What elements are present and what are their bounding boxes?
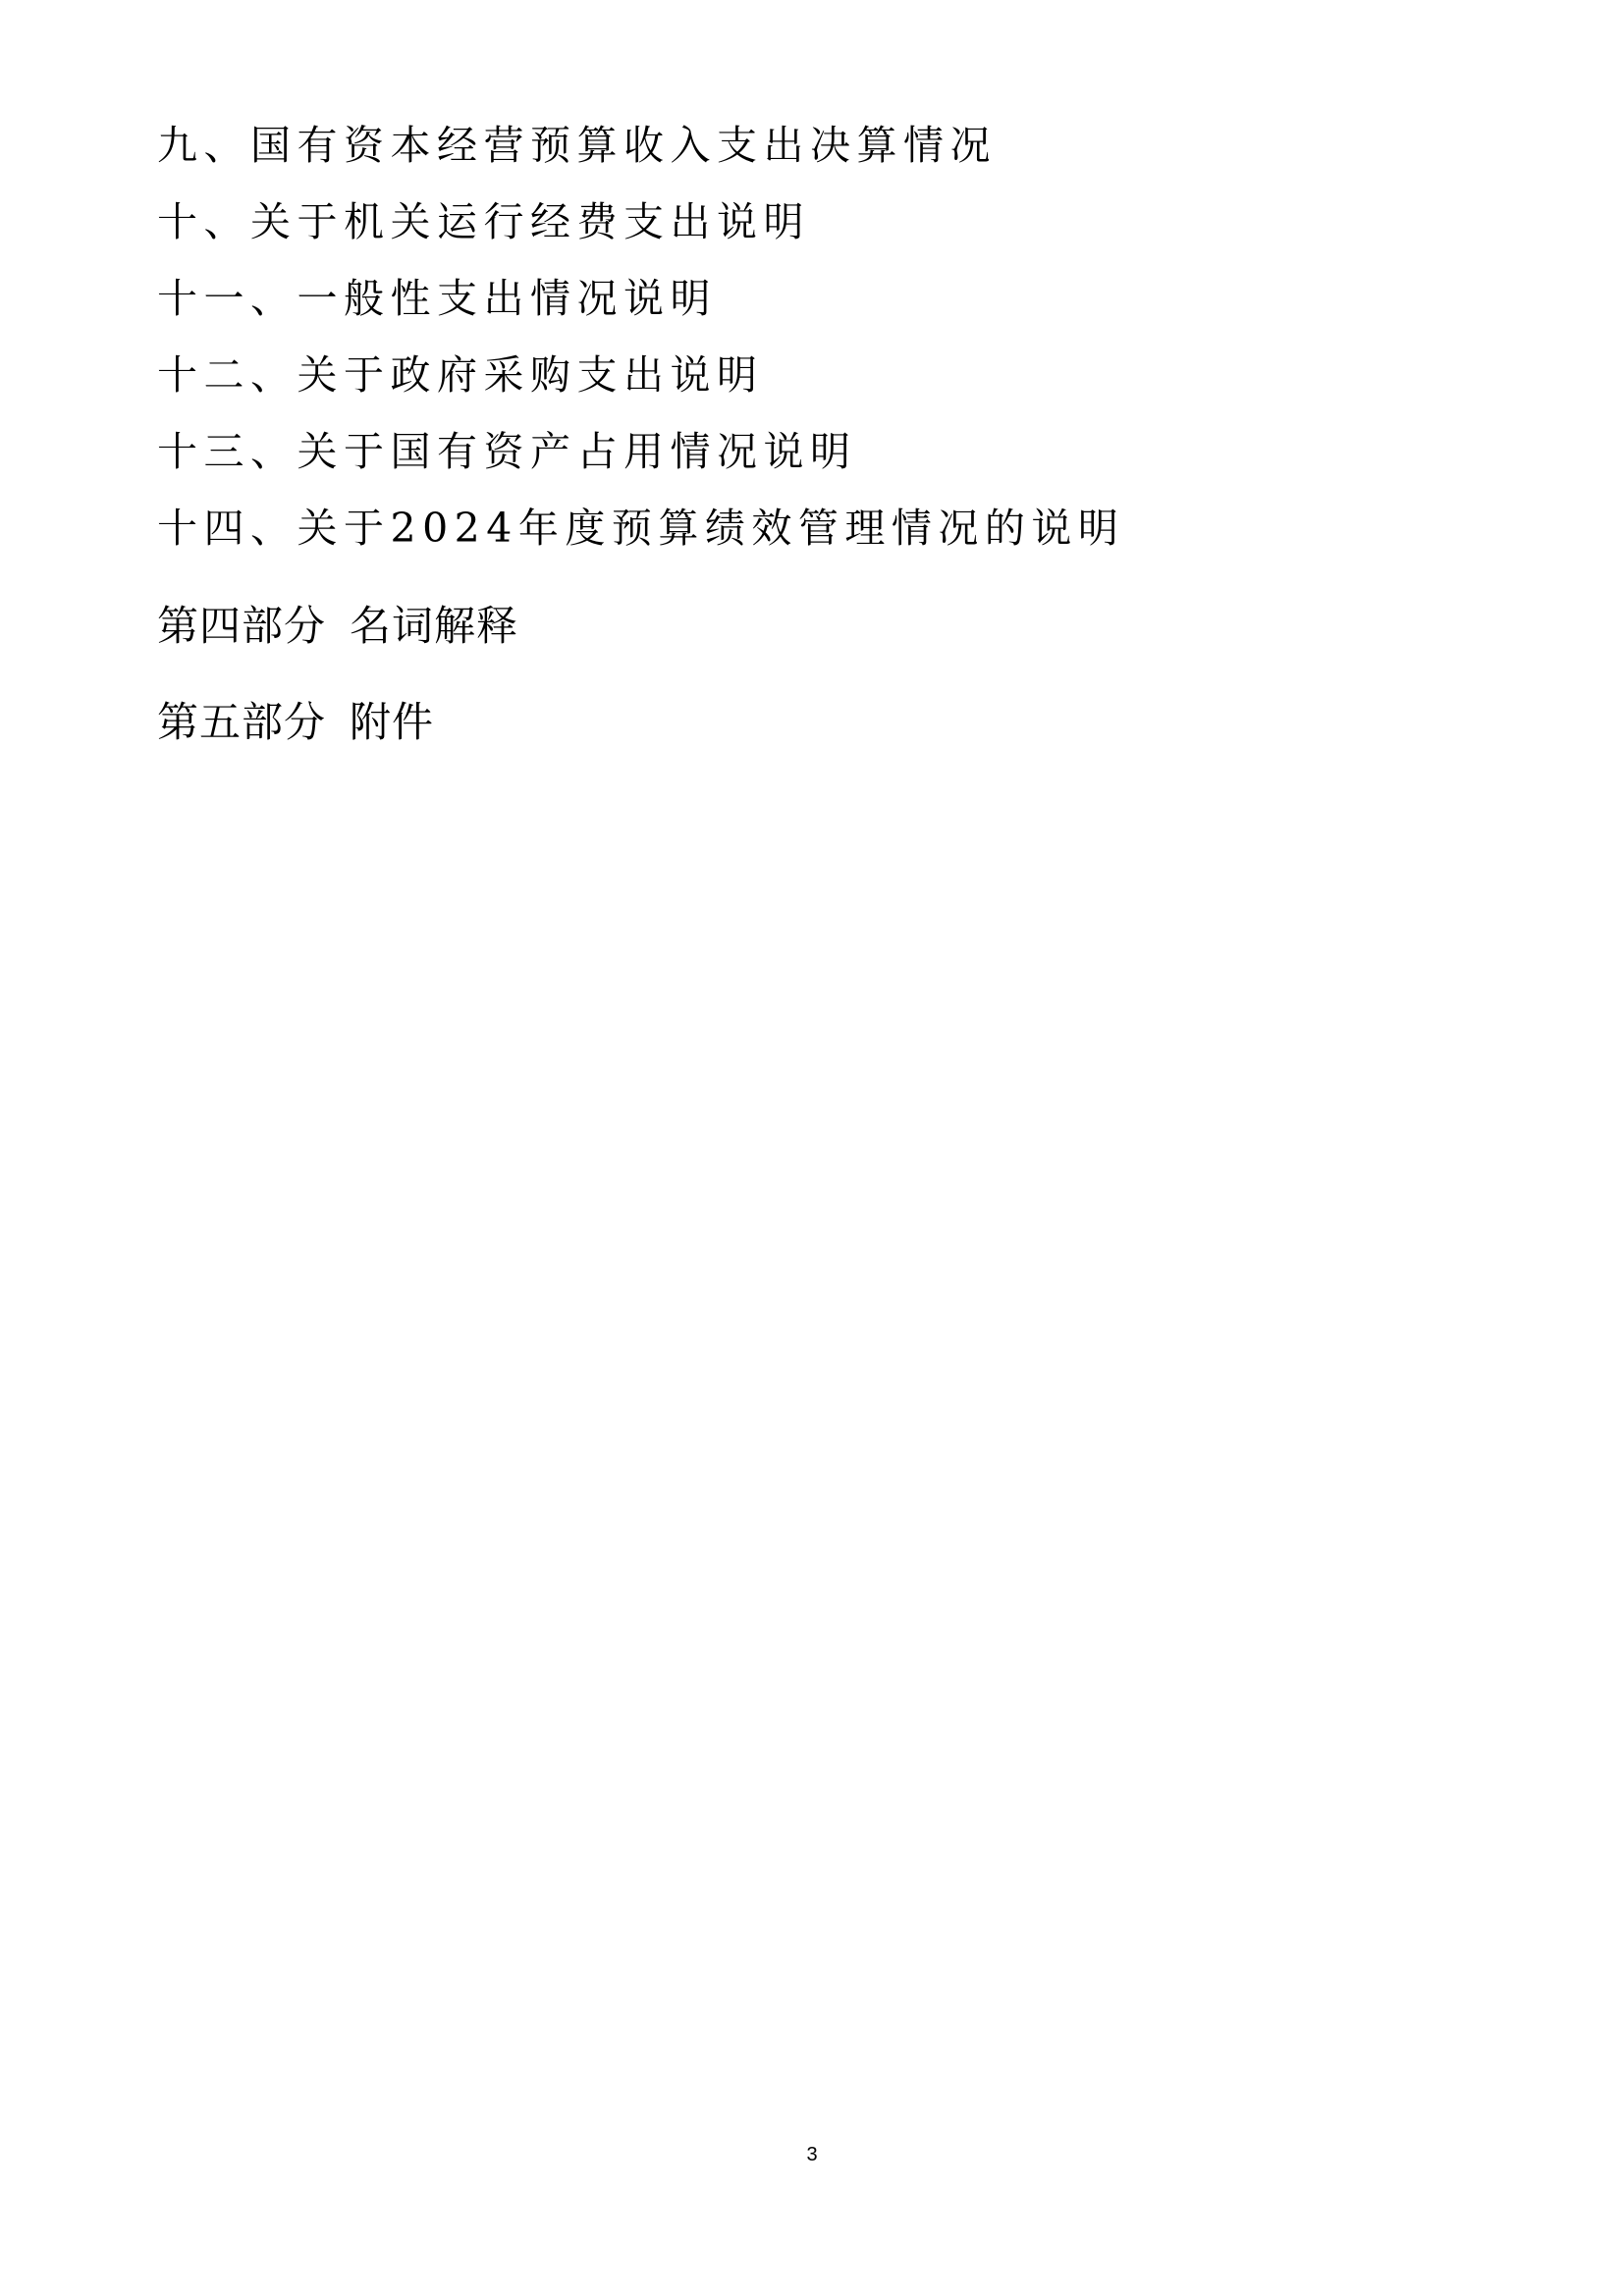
part-title: 名词解释 [350, 602, 518, 650]
part-number: 第五部分 [157, 698, 326, 746]
toc-item-12: 十二、关于政府采购支出说明 [157, 349, 764, 400]
part-title: 附件 [350, 698, 434, 746]
part-number: 第四部分 [157, 602, 326, 650]
toc-item-11: 十一、一般性支出情况说明 [157, 273, 717, 324]
part-heading-4: 第四部分名词解释 [157, 601, 518, 652]
toc-item-14: 十四、关于2024年度预算绩效管理情况的说明 [157, 503, 1124, 554]
document-page: 九、国有资本经营预算收入支出决算情况 十、关于机关运行经费支出说明 十一、一般性… [0, 0, 1624, 2296]
toc-item-10: 十、关于机关运行经费支出说明 [157, 196, 810, 247]
page-number: 3 [0, 2140, 1624, 2169]
toc-item-9: 九、国有资本经营预算收入支出决算情况 [157, 120, 997, 171]
toc-item-13: 十三、关于国有资产占用情况说明 [157, 426, 857, 477]
part-heading-5: 第五部分附件 [157, 697, 434, 748]
